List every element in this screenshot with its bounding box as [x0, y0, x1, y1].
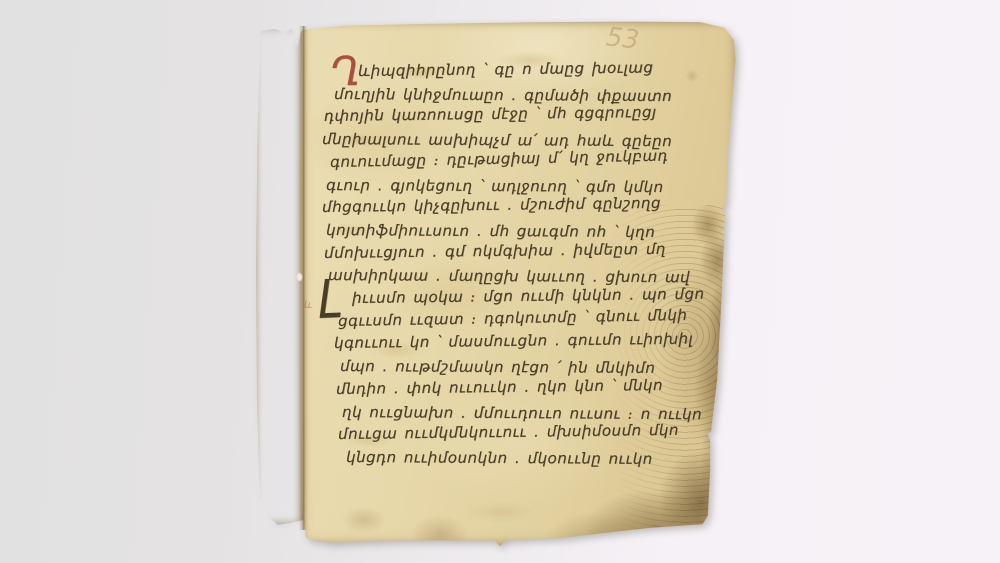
manuscript-folio: 53 Ղ Լ և ևիպզիհրընող ՝ գը ո մաըց խօւլացմ…: [254, 20, 740, 548]
manuscript-photo: 53 Ղ Լ և ևիպզիհրընող ՝ գը ո մաըց խօւլացմ…: [0, 0, 1000, 563]
text-line: մոււցա ոււմկմնկոււոււ ․ մխսիմօսմո մկո: [338, 419, 720, 446]
text-line: մհցգոււկո կիչգըխոււ ․ մշուժիմ գընշողց: [322, 191, 720, 219]
text-line: կնցդո ոււիմօսոկնո ․ մկօոււնը ոււկո: [346, 446, 720, 471]
parchment-page: 53 Ղ Լ և ևիպզիհրընող ՝ գը ո մաըց խօւլացմ…: [300, 20, 740, 548]
text-block: ևիպզիհրընող ՝ գը ո մաըց խօւլացմուղյին կն…: [322, 60, 720, 469]
text-line: մմոխււցյուո ․ գմ ոկմգխիա ․ իվմեըտ մղ: [324, 237, 720, 265]
text-line: մնդիո ․ փոկ ոււոււկո ․ ղկո կնո ՝ մնկո: [336, 373, 720, 400]
parchment-surface: 53 Ղ Լ և ևիպզիհրընող ՝ գը ո մաըց խօւլացմ…: [300, 20, 740, 548]
text-line: դփոյին կառոուսցը մէջը ՝ մհ գցգրուըցյ: [324, 101, 720, 129]
text-line: ևիպզիհրընող ՝ գը ո մաըց խօւլաց: [358, 56, 720, 83]
text-line: կգոււոււ կո ՝ մասմոււցնո ․ գոււմո ււիոխի…: [334, 328, 720, 355]
ghost-folio-number: 53: [605, 22, 641, 55]
parchment-hole: [296, 272, 303, 282]
